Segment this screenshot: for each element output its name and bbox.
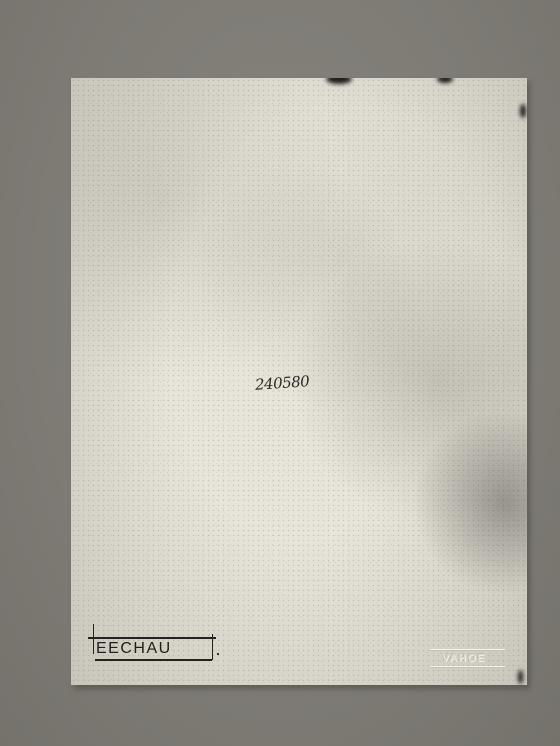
stamp-dot [217,653,219,655]
ink-stain [520,104,526,118]
stamp-line [93,624,94,654]
stamp-label: EECHAU [96,640,172,658]
stamp-line [88,637,216,639]
eechau-stamp: EECHAU [84,624,219,664]
handwritten-number: 240580 [254,372,309,394]
emboss-label: VAHOE [442,653,486,664]
emboss-line [430,649,505,650]
stamp-line [212,634,213,660]
embossed-mark: VAHOE [430,649,505,671]
emboss-line [430,666,505,667]
ink-stain [518,670,523,684]
stamp-line [95,659,212,661]
paper-sheet: 240580 EECHAU VAHOE [71,78,527,685]
